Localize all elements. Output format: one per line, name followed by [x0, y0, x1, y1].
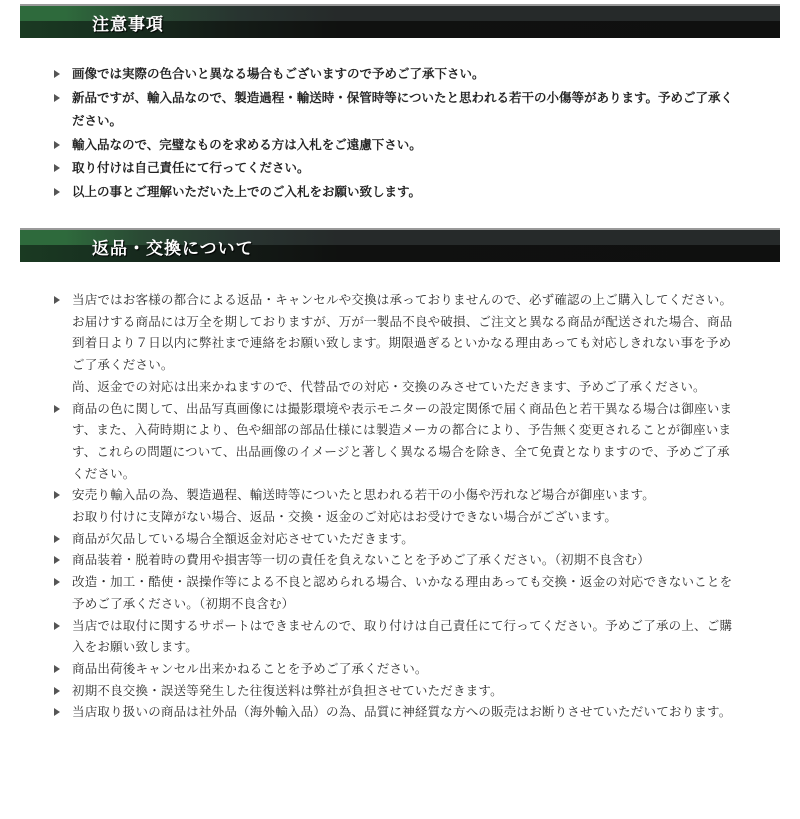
list-item: 当店取り扱いの商品は社外品（海外輸入品）の為、品質に神経質な方への販売はお断りさ… — [52, 701, 742, 723]
list-item-text: 改造・加工・酷使・誤操作等による不良と認められる場合、いかなる理由あっても交換・… — [72, 571, 742, 614]
list-item: 画像では実際の色合いと異なる場合もございますので予めご了承下さい。 — [52, 62, 742, 86]
triangle-bullet-icon — [54, 94, 60, 102]
triangle-bullet-icon — [54, 164, 60, 172]
list-item-text: 商品出荷後キャンセル出来かねることを予めご了承ください。 — [72, 658, 742, 680]
list-item-text: 当店取り扱いの商品は社外品（海外輸入品）の為、品質に神経質な方への販売はお断りさ… — [72, 701, 742, 723]
list-item: 改造・加工・酷使・誤操作等による不良と認められる場合、いかなる理由あっても交換・… — [52, 571, 742, 614]
list-item: 輸入品なので、完璧なものを求める方は入札をご遠慮下さい。 — [52, 133, 742, 157]
section-header-returns: 返品・交換について — [20, 228, 780, 262]
list-item: 安売り輸入品の為、製造過程、輸送時等についたと思われる若干の小傷や汚れなど場合が… — [52, 484, 742, 527]
list-item: 当店ではお客様の都合による返品・キャンセルや交換は承っておりませんので、必ず確認… — [52, 289, 742, 398]
list-item-text: 輸入品なので、完璧なものを求める方は入札をご遠慮下さい。 — [72, 133, 742, 157]
list-item-text: 商品装着・脱着時の費用や損害等一切の責任を負えないことを予めご了承ください。（初… — [72, 549, 742, 571]
triangle-bullet-icon — [54, 556, 60, 564]
returns-list: 当店ではお客様の都合による返品・キャンセルや交換は承っておりませんので、必ず確認… — [52, 289, 742, 723]
triangle-bullet-icon — [54, 296, 60, 304]
triangle-bullet-icon — [54, 687, 60, 695]
triangle-bullet-icon — [54, 708, 60, 716]
section-header-notice: 注意事項 — [20, 4, 780, 38]
triangle-bullet-icon — [54, 70, 60, 78]
list-item-text: 当店では取付に関するサポートはできませんので、取り付けは自己責任にて行ってくださ… — [72, 615, 742, 658]
list-item: 商品の色に関して、出品写真画像には撮影環境や表示モニターの設定関係で届く商品色と… — [52, 398, 742, 485]
list-item: 商品装着・脱着時の費用や損害等一切の責任を負えないことを予めご了承ください。（初… — [52, 549, 742, 571]
section-title: 返品・交換について — [92, 234, 254, 259]
list-item: 取り付けは自己責任にて行ってください。 — [52, 156, 742, 180]
triangle-bullet-icon — [54, 535, 60, 543]
list-item-text: 以上の事とご理解いただいた上でのご入札をお願い致します。 — [72, 180, 742, 204]
list-item-text: 当店ではお客様の都合による返品・キャンセルや交換は承っておりませんので、必ず確認… — [72, 289, 742, 311]
triangle-bullet-icon — [54, 622, 60, 630]
notice-list: 画像では実際の色合いと異なる場合もございますので予めご了承下さい。 新品ですが、… — [52, 62, 742, 203]
list-item-text: 安売り輸入品の為、製造過程、輸送時等についたと思われる若干の小傷や汚れなど場合が… — [72, 484, 742, 506]
triangle-bullet-icon — [54, 491, 60, 499]
list-item-text: 取り付けは自己責任にて行ってください。 — [72, 156, 742, 180]
list-item: 商品が欠品している場合全額返金対応させていただきます。 — [52, 528, 742, 550]
triangle-bullet-icon — [54, 665, 60, 673]
list-item-text: 商品が欠品している場合全額返金対応させていただきます。 — [72, 528, 742, 550]
list-item-text: 画像では実際の色合いと異なる場合もございますので予めご了承下さい。 — [72, 62, 742, 86]
section-title: 注意事項 — [92, 10, 164, 35]
list-item-text: お届けする商品には万全を期しておりますが、万が一製品不良や破損、ご注文と異なる商… — [72, 311, 742, 376]
list-item-text: お取り付けに支障がない場合、返品・交換・返金のご対応はお受けできない場合がござい… — [72, 506, 742, 528]
triangle-bullet-icon — [54, 578, 60, 586]
list-item-text: 尚、返金での対応は出来かねますので、代替品での対応・交換のみさせていただきます、… — [72, 376, 742, 398]
list-item: 初期不良交換・誤送等発生した往復送料は弊社が負担させていただきます。 — [52, 680, 742, 702]
triangle-bullet-icon — [54, 141, 60, 149]
list-item-text: 初期不良交換・誤送等発生した往復送料は弊社が負担させていただきます。 — [72, 680, 742, 702]
list-item: 商品出荷後キャンセル出来かねることを予めご了承ください。 — [52, 658, 742, 680]
list-item: 当店では取付に関するサポートはできませんので、取り付けは自己責任にて行ってくださ… — [52, 615, 742, 658]
triangle-bullet-icon — [54, 188, 60, 196]
list-item: 新品ですが、輸入品なので、製造過程・輸送時・保管時等についたと思われる若干の小傷… — [52, 86, 742, 133]
list-item-text: 商品の色に関して、出品写真画像には撮影環境や表示モニターの設定関係で届く商品色と… — [72, 398, 742, 485]
list-item: 以上の事とご理解いただいた上でのご入札をお願い致します。 — [52, 180, 742, 204]
list-item-text: 新品ですが、輸入品なので、製造過程・輸送時・保管時等についたと思われる若干の小傷… — [72, 86, 742, 133]
triangle-bullet-icon — [54, 405, 60, 413]
